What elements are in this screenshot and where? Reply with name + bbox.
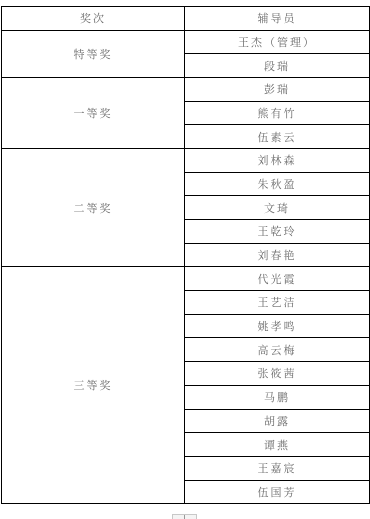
mentor-cell: 王艺洁 xyxy=(185,291,370,315)
mentor-cell: 马鹏 xyxy=(185,385,370,409)
table-row: 三等奖 代光霞 xyxy=(2,267,370,291)
mentor-cell: 王乾玲 xyxy=(185,220,370,244)
table-row: 一等奖 彭瑞 xyxy=(2,77,370,101)
award-cell-second: 二等奖 xyxy=(2,148,185,266)
mentor-cell: 刘春艳 xyxy=(185,243,370,267)
mentor-cell: 朱秋盈 xyxy=(185,172,370,196)
table-resize-handle[interactable] xyxy=(172,514,197,519)
mentor-cell: 王杰（管理） xyxy=(185,30,370,54)
award-cell-first: 一等奖 xyxy=(2,77,185,148)
table-row: 二等奖 刘林森 xyxy=(2,148,370,172)
mentor-cell: 张筱茜 xyxy=(185,362,370,386)
mentor-cell: 段瑞 xyxy=(185,54,370,78)
award-mentor-table: 奖次 辅导员 特等奖 王杰（管理） 段瑞 一等奖 彭瑞 熊有竹 伍素云 二等奖 … xyxy=(1,6,370,504)
mentor-cell: 刘林森 xyxy=(185,148,370,172)
mentor-cell: 姚孝鸣 xyxy=(185,314,370,338)
mentor-cell: 彭瑞 xyxy=(185,77,370,101)
mentor-cell: 谭燕 xyxy=(185,433,370,457)
award-cell-special: 特等奖 xyxy=(2,30,185,77)
column-header-award: 奖次 xyxy=(2,7,185,31)
mentor-cell: 王嘉宸 xyxy=(185,456,370,480)
mentor-cell: 代光霞 xyxy=(185,267,370,291)
mentor-cell: 伍素云 xyxy=(185,125,370,149)
mentor-cell: 熊有竹 xyxy=(185,101,370,125)
award-cell-third: 三等奖 xyxy=(2,267,185,504)
mentor-cell: 文琦 xyxy=(185,196,370,220)
mentor-cell: 伍国芳 xyxy=(185,480,370,504)
table-row: 特等奖 王杰（管理） xyxy=(2,30,370,54)
table-header-row: 奖次 辅导员 xyxy=(2,7,370,31)
mentor-cell: 高云梅 xyxy=(185,338,370,362)
column-header-mentor: 辅导员 xyxy=(185,7,370,31)
mentor-cell: 胡露 xyxy=(185,409,370,433)
